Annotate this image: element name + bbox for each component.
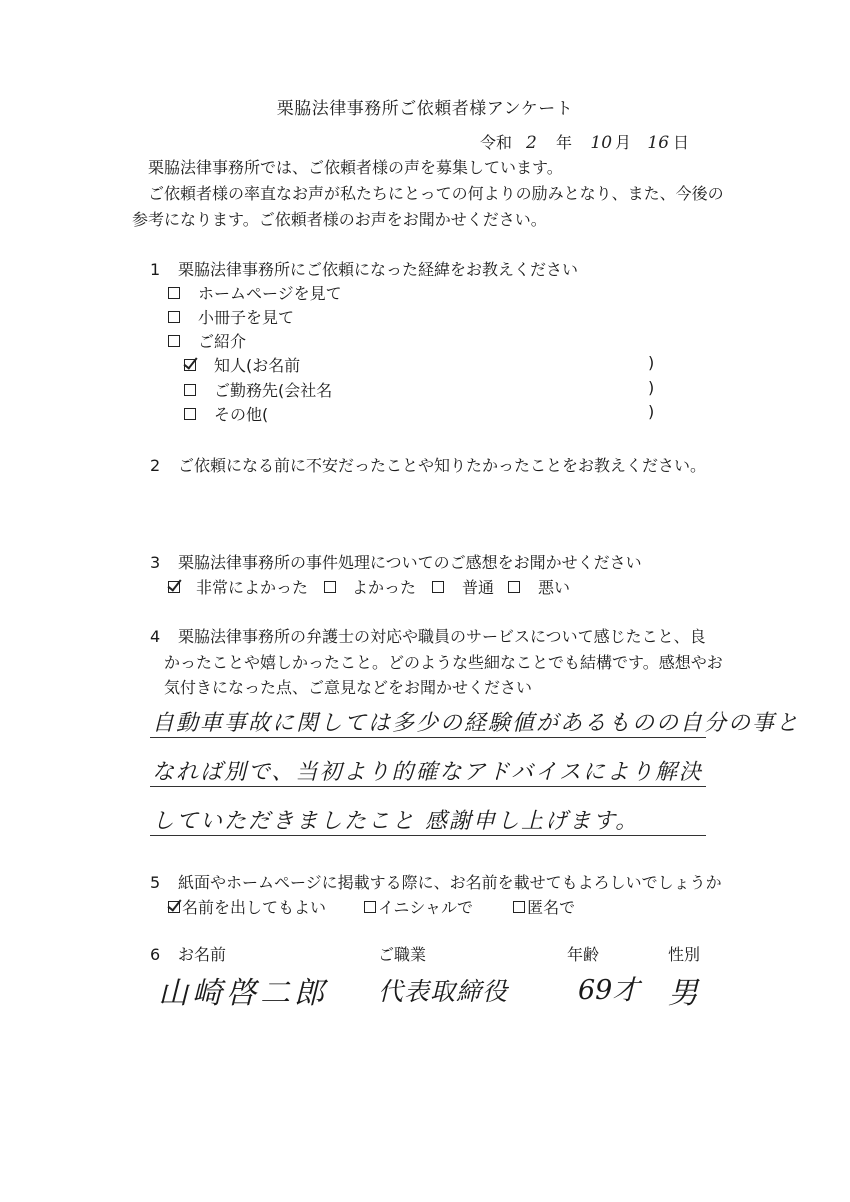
checkbox-icon[interactable] (168, 287, 180, 299)
q4-answer-line-3[interactable]: していただきましたこと 感謝申し上げます。 (152, 804, 639, 835)
q3-question: 3栗脇法律事務所の事件処理についてのご感想をお聞かせください (150, 550, 642, 573)
date-month-unit: 月 (615, 130, 631, 153)
checkbox-icon[interactable] (508, 581, 520, 593)
q6-name-value[interactable]: 山崎啓二郎 (158, 968, 328, 1012)
checkbox-checked-icon[interactable] (184, 359, 196, 371)
intro-line-1: 栗脇法律事務所では、ご依頼者様の声を募集しています。 (148, 155, 563, 181)
date-day-unit: 日 (673, 130, 689, 153)
q6-number: 6 (150, 945, 178, 964)
q4-answer-line-2[interactable]: なれば別で、当初より的確なアドバイスにより解決 (152, 755, 703, 786)
q3-number: 3 (150, 553, 178, 572)
q2-question: 2ご依頼になる前に不安だったことや知りたかったことをお教えください。 (150, 453, 706, 476)
q6-age-value[interactable]: 69才 (578, 968, 639, 1007)
checkbox-icon[interactable] (364, 901, 376, 913)
survey-title: 栗脇法律事務所ご依頼者様アンケート (0, 94, 850, 119)
q5-text: 紙面やホームページに掲載する際に、お名前を載せてもよろしいでしょうか (178, 873, 722, 892)
q4-text-line-2: かったことや嬉しかったこと。どのような些細なことでも結構です。感想やお (164, 650, 723, 673)
answer-rule-line (150, 737, 706, 738)
q5-number: 5 (150, 873, 178, 892)
q1-suboption-label: その他( (214, 402, 268, 425)
q4-answer-line-1[interactable]: 自動車事故に関しては多少の経験値があるものの自分の事と (152, 706, 800, 737)
q4-text-line-3: 気付きになった点、ご意見などをお聞かせください (164, 675, 532, 698)
checkbox-icon[interactable] (324, 581, 336, 593)
q1-text: 栗脇法律事務所にご依頼になった経緯をお教えください (178, 260, 578, 279)
checkbox-icon[interactable] (168, 311, 180, 323)
q4-question-line-1: 4栗脇法律事務所の弁護士の対応や職員のサービスについて感じたこと、良 (150, 624, 706, 647)
q6-occupation-label: ご職業 (378, 942, 426, 965)
date-era-label: 令和 (480, 130, 512, 153)
q1-suboption-acquaintance[interactable]: 知人(お名前 (184, 353, 300, 376)
date-year-value[interactable]: 2 (526, 133, 556, 153)
q1-option-referral[interactable]: ご紹介 (168, 329, 246, 352)
q6-gender-label: 性別 (668, 942, 700, 965)
q5-option-initials: イニシャルで (378, 895, 473, 918)
q1-suboption-label: ご勤務先(会社名 (214, 378, 332, 401)
q4-number: 4 (150, 627, 178, 646)
q6-occupation-value[interactable]: 代表取締役 (378, 972, 508, 1008)
checkbox-icon[interactable] (513, 901, 525, 913)
q1-option-label: ホームページを見て (198, 281, 342, 304)
q2-number: 2 (150, 456, 178, 475)
q5-options: 名前を出してもよい イニシャルで 匿名で (168, 895, 575, 918)
q5-option-name-ok: 名前を出してもよい (182, 895, 326, 918)
date-line: 令和 2 年 10 月 16 日 (480, 130, 689, 153)
checkbox-icon[interactable] (184, 408, 196, 420)
q1-option-label: 小冊子を見て (198, 305, 294, 328)
q1-suboption-close-paren: ) (648, 378, 654, 397)
checkbox-checked-icon[interactable] (168, 901, 180, 913)
q3-option-normal: 普通 (462, 575, 494, 598)
q1-suboption-label: 知人(お名前 (214, 353, 300, 376)
checkbox-icon[interactable] (432, 581, 444, 593)
q1-suboption-close-paren: ) (648, 402, 654, 421)
q2-answer-area[interactable] (176, 480, 706, 540)
q1-option-booklet[interactable]: 小冊子を見て (168, 305, 294, 328)
q1-number: 1 (150, 260, 178, 279)
q1-question: 1栗脇法律事務所にご依頼になった経緯をお教えください (150, 257, 578, 280)
q6-name-label-row: 6お名前 (150, 942, 226, 965)
date-month-value[interactable]: 10 (572, 133, 615, 153)
date-day-value[interactable]: 16 (631, 133, 673, 153)
checkbox-icon[interactable] (184, 384, 196, 396)
q6-gender-value[interactable]: 男 (668, 968, 702, 1012)
q3-option-good: よかった (352, 575, 416, 598)
intro-line-3: 参考になります。ご依頼者様のお声をお聞かせください。 (132, 207, 547, 233)
q3-text: 栗脇法律事務所の事件処理についてのご感想をお聞かせください (178, 553, 642, 572)
q5-question: 5紙面やホームページに掲載する際に、お名前を載せてもよろしいでしょうか (150, 870, 722, 893)
q3-option-bad: 悪い (538, 575, 570, 598)
q5-option-anonymous: 匿名で (527, 895, 575, 918)
checkbox-icon[interactable] (168, 335, 180, 347)
q1-suboption-close-paren: ) (648, 353, 654, 372)
q1-suboption-other[interactable]: その他( (184, 402, 268, 425)
q3-option-very-good: 非常によかった (196, 575, 308, 598)
q4-text-line-1: 栗脇法律事務所の弁護士の対応や職員のサービスについて感じたこと、良 (178, 627, 706, 646)
q1-option-label: ご紹介 (198, 329, 246, 352)
answer-rule-line (150, 835, 706, 836)
survey-page: 栗脇法律事務所ご依頼者様アンケート 令和 2 年 10 月 16 日 栗脇法律事… (0, 0, 850, 1202)
answer-rule-line (150, 786, 706, 787)
q3-options: 非常によかった よかった 普通 悪い (168, 575, 570, 598)
date-year-unit: 年 (556, 130, 572, 153)
intro-line-2: ご依頼者様の率直なお声が私たちにとっての何よりの励みとなり、また、今後の (148, 181, 724, 207)
checkbox-checked-icon[interactable] (168, 581, 180, 593)
q2-text: ご依頼になる前に不安だったことや知りたかったことをお教えください。 (178, 456, 706, 475)
q6-age-label: 年齢 (567, 942, 599, 965)
q1-suboption-workplace[interactable]: ご勤務先(会社名 (184, 378, 332, 401)
q6-name-label: お名前 (178, 945, 226, 964)
q1-option-homepage[interactable]: ホームページを見て (168, 281, 342, 304)
